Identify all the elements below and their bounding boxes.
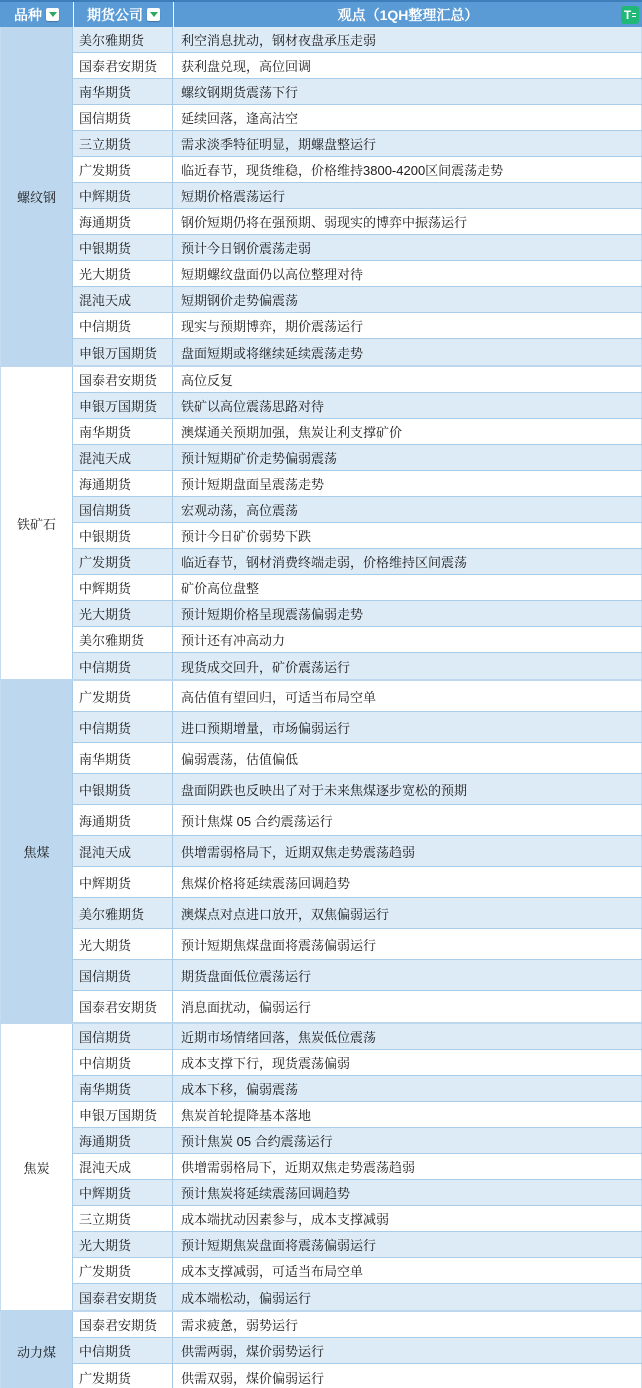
view-cell[interactable]: 预计还有冲高动力 [173,627,642,652]
company-cell[interactable]: 国信期货 [73,497,173,522]
view-cell[interactable]: 供需双弱，煤价偏弱运行 [173,1364,642,1388]
company-cell[interactable]: 广发期货 [73,1364,173,1388]
table-row: 三立期货需求淡季特征明显，期螺盘整运行 [73,131,642,157]
table-row: 南华期货澳煤通关预期加强，焦炭让利支撑矿价 [73,419,642,445]
table-row: 中辉期货矿价高位盘整 [73,575,642,601]
company-cell[interactable]: 广发期货 [73,157,173,182]
company-cell[interactable]: 混沌天成 [73,445,173,470]
header-view-label: 观点（1QH整理汇总） [338,5,479,25]
table-row: 南华期货螺纹钢期货震荡下行 [73,79,642,105]
view-cell[interactable]: 成本支撑下行，现货震荡偏弱 [173,1050,642,1075]
variety-filter-button[interactable] [46,8,59,21]
header-view-cell[interactable]: 观点（1QH整理汇总） T [173,2,642,27]
company-cell[interactable]: 光大期货 [73,1232,173,1257]
view-cell[interactable]: 短期价格震荡运行 [173,183,642,208]
view-cell[interactable]: 铁矿以高位震荡思路对待 [173,393,642,418]
company-cell[interactable]: 美尔雅期货 [73,27,173,52]
tool-icon-lines [632,13,636,17]
view-cell[interactable]: 近期市场情绪回落，焦炭低位震荡 [173,1024,642,1049]
view-cell[interactable]: 现实与预期博弈，期价震荡运行 [173,313,642,338]
table-row: 混沌天成短期钢价走势偏震荡 [73,287,642,313]
table-row: 混沌天成供增需弱格局下，近期双焦走势震荡趋弱 [73,1154,642,1180]
table-row: 广发期货临近春节，现货维稳，价格维持3800-4200区间震荡走势 [73,157,642,183]
view-cell[interactable]: 盘面短期或将继续延续震荡走势 [173,339,642,365]
table-row: 中信期货供需两弱，煤价弱势运行 [73,1338,642,1364]
company-cell[interactable]: 三立期货 [73,1206,173,1231]
view-cell[interactable]: 预计短期矿价走势偏弱震荡 [173,445,642,470]
table-row: 美尔雅期货利空消息扰动，钢材夜盘承压走弱 [73,27,642,53]
view-cell[interactable]: 偏弱震荡，估值偏低 [173,743,642,773]
view-cell[interactable]: 临近春节，现货维稳，价格维持3800-4200区间震荡走势 [173,157,642,182]
company-cell[interactable]: 海通期货 [73,805,173,835]
view-cell[interactable]: 供增需弱格局下，近期双焦走势震荡趋弱 [173,1154,642,1179]
company-cell[interactable]: 南华期货 [73,79,173,104]
header-company-cell[interactable]: 期货公司 [73,2,173,27]
table-row: 中银期货盘面阴跌也反映出了对于未来焦煤逐步宽松的预期 [73,774,642,805]
view-cell[interactable]: 期货盘面低位震荡运行 [173,960,642,990]
section-rows: 国泰君安期货高位反复申银万国期货铁矿以高位震荡思路对待南华期货澳煤通关预期加强，… [73,367,642,679]
view-cell[interactable]: 供增需弱格局下，近期双焦走势震荡趋弱 [173,836,642,866]
table-row: 国泰君安期货获利盘兑现，高位回调 [73,53,642,79]
table-body: 螺纹钢美尔雅期货利空消息扰动，钢材夜盘承压走弱国泰君安期货获利盘兑现，高位回调南… [0,27,642,1388]
view-cell[interactable]: 宏观动荡，高位震荡 [173,497,642,522]
table-row: 海通期货预计焦炭 05 合约震荡运行 [73,1128,642,1154]
table-row: 南华期货成本下移，偏弱震荡 [73,1076,642,1102]
company-cell[interactable]: 中信期货 [73,1338,173,1363]
commodity-section: 焦炭国信期货近期市场情绪回落，焦炭低位震荡中信期货成本支撑下行，现货震荡偏弱南华… [0,1024,642,1310]
view-cell[interactable]: 现货成交回升，矿价震荡运行 [173,653,642,679]
view-cell[interactable]: 预计短期焦煤盘面将震荡偏弱运行 [173,929,642,959]
table-row: 国泰君安期货高位反复 [73,367,642,393]
table-row: 中辉期货短期价格震荡运行 [73,183,642,209]
table-row: 海通期货预计焦煤 05 合约震荡运行 [73,805,642,836]
view-cell[interactable]: 预计焦炭 05 合约震荡运行 [173,1128,642,1153]
view-cell[interactable]: 澳煤点对点进口放开，双焦偏弱运行 [173,898,642,928]
company-cell[interactable]: 中辉期货 [73,1180,173,1205]
company-filter-button[interactable] [147,8,160,21]
company-cell[interactable]: 国泰君安期货 [73,367,173,392]
company-cell[interactable]: 中信期货 [73,653,173,679]
table-row: 国泰君安期货消息面扰动，偏弱运行 [73,991,642,1022]
filter-dropdown-icon [150,12,158,17]
company-cell[interactable]: 光大期货 [73,929,173,959]
table-row: 海通期货钢价短期仍将在强预期、弱现实的博弈中振荡运行 [73,209,642,235]
section-rows: 美尔雅期货利空消息扰动，钢材夜盘承压走弱国泰君安期货获利盘兑现，高位回调南华期货… [73,27,642,365]
table-row: 中信期货现实与预期博弈，期价震荡运行 [73,313,642,339]
commodity-section: 螺纹钢美尔雅期货利空消息扰动，钢材夜盘承压走弱国泰君安期货获利盘兑现，高位回调南… [0,27,642,365]
view-cell[interactable]: 预计焦炭将延续震荡回调趋势 [173,1180,642,1205]
view-cell[interactable]: 钢价短期仍将在强预期、弱现实的博弈中振荡运行 [173,209,642,234]
company-cell[interactable]: 国信期货 [73,105,173,130]
view-cell[interactable]: 焦炭首轮提降基本落地 [173,1102,642,1127]
company-cell[interactable]: 广发期货 [73,681,173,711]
table-header: 品种 期货公司 观点（1QH整理汇总） T [0,2,642,27]
view-cell[interactable]: 消息面扰动，偏弱运行 [173,991,642,1022]
view-cell[interactable]: 螺纹钢期货震荡下行 [173,79,642,104]
view-cell[interactable]: 获利盘兑现，高位回调 [173,53,642,78]
view-cell[interactable]: 成本端松动，偏弱运行 [173,1284,642,1310]
header-company-label: 期货公司 [87,5,143,25]
table-row: 申银万国期货焦炭首轮提降基本落地 [73,1102,642,1128]
section-rows: 国泰君安期货需求疲惫，弱势运行中信期货供需两弱，煤价弱势运行广发期货供需双弱，煤… [73,1312,642,1388]
screenshot-text-tool-icon[interactable]: T [621,6,639,24]
view-cell[interactable]: 利空消息扰动，钢材夜盘承压走弱 [173,27,642,52]
table-row: 美尔雅期货澳煤点对点进口放开，双焦偏弱运行 [73,898,642,929]
table-row: 光大期货预计短期焦煤盘面将震荡偏弱运行 [73,929,642,960]
company-cell[interactable]: 中银期货 [73,523,173,548]
company-cell[interactable]: 中辉期货 [73,183,173,208]
view-cell[interactable]: 成本支撑减弱，可适当布局空单 [173,1258,642,1283]
table-row: 国信期货延续回落，逢高沽空 [73,105,642,131]
company-cell[interactable]: 中辉期货 [73,867,173,897]
table-row: 中辉期货预计焦炭将延续震荡回调趋势 [73,1180,642,1206]
view-cell[interactable]: 供需两弱，煤价弱势运行 [173,1338,642,1363]
view-cell[interactable]: 焦煤价格将延续震荡回调趋势 [173,867,642,897]
variety-cell[interactable]: 铁矿石 [0,367,73,679]
company-cell[interactable]: 光大期货 [73,261,173,286]
table-row: 中信期货成本支撑下行，现货震荡偏弱 [73,1050,642,1076]
tool-icon-letter: T [624,8,631,22]
table-row: 申银万国期货铁矿以高位震荡思路对待 [73,393,642,419]
section-rows: 广发期货高估值有望回归，可适当布局空单中信期货进口预期增量，市场偏弱运行南华期货… [73,681,642,1022]
table-row: 中辉期货焦煤价格将延续震荡回调趋势 [73,867,642,898]
company-cell[interactable]: 美尔雅期货 [73,898,173,928]
table-row: 海通期货预计短期盘面呈震荡走势 [73,471,642,497]
company-cell[interactable]: 国泰君安期货 [73,991,173,1022]
table-row: 国泰君安期货成本端松动，偏弱运行 [73,1284,642,1310]
view-cell[interactable]: 预计短期焦炭盘面将震荡偏弱运行 [173,1232,642,1257]
table-row: 国信期货近期市场情绪回落，焦炭低位震荡 [73,1024,642,1050]
company-cell[interactable]: 南华期货 [73,743,173,773]
company-cell[interactable]: 混沌天成 [73,836,173,866]
company-cell[interactable]: 海通期货 [73,471,173,496]
view-cell[interactable]: 高位反复 [173,367,642,392]
view-cell[interactable]: 进口预期增量，市场偏弱运行 [173,712,642,742]
table-row: 国信期货期货盘面低位震荡运行 [73,960,642,991]
commodity-section: 动力煤国泰君安期货需求疲惫，弱势运行中信期货供需两弱，煤价弱势运行广发期货供需双… [0,1312,642,1388]
company-cell[interactable]: 南华期货 [73,1076,173,1101]
view-cell[interactable]: 矿价高位盘整 [173,575,642,600]
company-cell[interactable]: 中信期货 [73,1050,173,1075]
commodity-section: 焦煤广发期货高估值有望回归，可适当布局空单中信期货进口预期增量，市场偏弱运行南华… [0,681,642,1022]
variety-cell[interactable]: 焦炭 [0,1024,73,1310]
table-row: 中银期货预计今日矿价弱势下跌 [73,523,642,549]
company-cell[interactable]: 国信期货 [73,960,173,990]
company-cell[interactable]: 中信期货 [73,712,173,742]
variety-cell[interactable]: 螺纹钢 [0,27,73,365]
company-cell[interactable]: 中信期货 [73,313,173,338]
header-variety-label: 品种 [14,5,42,25]
table-row: 广发期货临近春节，钢材消费终端走弱，价格维持区间震荡 [73,549,642,575]
company-cell[interactable]: 混沌天成 [73,1154,173,1179]
company-cell[interactable]: 海通期货 [73,1128,173,1153]
company-cell[interactable]: 中辉期货 [73,575,173,600]
view-cell[interactable]: 需求疲惫，弱势运行 [173,1312,642,1337]
view-cell[interactable]: 预计短期价格呈现震荡偏弱走势 [173,601,642,626]
company-cell[interactable]: 申银万国期货 [73,339,173,365]
view-cell[interactable]: 短期钢价走势偏震荡 [173,287,642,312]
company-cell[interactable]: 光大期货 [73,601,173,626]
view-cell[interactable]: 需求淡季特征明显，期螺盘整运行 [173,131,642,156]
commodity-section: 铁矿石国泰君安期货高位反复申银万国期货铁矿以高位震荡思路对待南华期货澳煤通关预期… [0,367,642,679]
company-cell[interactable]: 国泰君安期货 [73,53,173,78]
table-row: 中信期货进口预期增量，市场偏弱运行 [73,712,642,743]
table-row: 申银万国期货盘面短期或将继续延续震荡走势 [73,339,642,365]
variety-cell[interactable]: 焦煤 [0,681,73,1022]
table-row: 广发期货成本支撑减弱，可适当布局空单 [73,1258,642,1284]
header-variety-cell[interactable]: 品种 [0,2,73,27]
company-cell[interactable]: 三立期货 [73,131,173,156]
company-cell[interactable]: 中银期货 [73,235,173,260]
filter-dropdown-icon [49,12,57,17]
table-row: 中信期货现货成交回升，矿价震荡运行 [73,653,642,679]
table-row: 混沌天成预计短期矿价走势偏弱震荡 [73,445,642,471]
table-row: 广发期货高估值有望回归，可适当布局空单 [73,681,642,712]
table-row: 光大期货预计短期焦炭盘面将震荡偏弱运行 [73,1232,642,1258]
section-rows: 国信期货近期市场情绪回落，焦炭低位震荡中信期货成本支撑下行，现货震荡偏弱南华期货… [73,1024,642,1310]
table-row: 混沌天成供增需弱格局下，近期双焦走势震荡趋弱 [73,836,642,867]
view-cell[interactable]: 预计今日钢价震荡走弱 [173,235,642,260]
view-cell[interactable]: 成本下移，偏弱震荡 [173,1076,642,1101]
company-cell[interactable]: 广发期货 [73,1258,173,1283]
table-row: 国信期货宏观动荡，高位震荡 [73,497,642,523]
company-cell[interactable]: 国泰君安期货 [73,1284,173,1310]
company-cell[interactable]: 申银万国期货 [73,393,173,418]
table-row: 美尔雅期货预计还有冲高动力 [73,627,642,653]
view-cell[interactable]: 盘面阴跌也反映出了对于未来焦煤逐步宽松的预期 [173,774,642,804]
company-cell[interactable]: 国泰君安期货 [73,1312,173,1337]
company-cell[interactable]: 南华期货 [73,419,173,444]
company-cell[interactable]: 中银期货 [73,774,173,804]
futures-views-spreadsheet: 品种 期货公司 观点（1QH整理汇总） T 螺纹钢美尔雅期货利空消息扰动，钢材夜… [0,0,642,1388]
company-cell[interactable]: 混沌天成 [73,287,173,312]
table-row: 光大期货短期螺纹盘面仍以高位整理对待 [73,261,642,287]
company-cell[interactable]: 申银万国期货 [73,1102,173,1127]
view-cell[interactable]: 延续回落，逢高沽空 [173,105,642,130]
company-cell[interactable]: 美尔雅期货 [73,627,173,652]
view-cell[interactable]: 澳煤通关预期加强，焦炭让利支撑矿价 [173,419,642,444]
view-cell[interactable]: 预计焦煤 05 合约震荡运行 [173,805,642,835]
company-cell[interactable]: 国信期货 [73,1024,173,1049]
view-cell[interactable]: 临近春节，钢材消费终端走弱，价格维持区间震荡 [173,549,642,574]
variety-cell[interactable]: 动力煤 [0,1312,73,1388]
company-cell[interactable]: 海通期货 [73,209,173,234]
view-cell[interactable]: 短期螺纹盘面仍以高位整理对待 [173,261,642,286]
table-row: 中银期货预计今日钢价震荡走弱 [73,235,642,261]
table-row: 光大期货预计短期价格呈现震荡偏弱走势 [73,601,642,627]
company-cell[interactable]: 广发期货 [73,549,173,574]
table-row: 南华期货偏弱震荡，估值偏低 [73,743,642,774]
table-row: 国泰君安期货需求疲惫，弱势运行 [73,1312,642,1338]
table-row: 广发期货供需双弱，煤价偏弱运行 [73,1364,642,1388]
view-cell[interactable]: 预计今日矿价弱势下跌 [173,523,642,548]
view-cell[interactable]: 高估值有望回归，可适当布局空单 [173,681,642,711]
table-row: 三立期货成本端扰动因素参与，成本支撑减弱 [73,1206,642,1232]
view-cell[interactable]: 成本端扰动因素参与，成本支撑减弱 [173,1206,642,1231]
view-cell[interactable]: 预计短期盘面呈震荡走势 [173,471,642,496]
